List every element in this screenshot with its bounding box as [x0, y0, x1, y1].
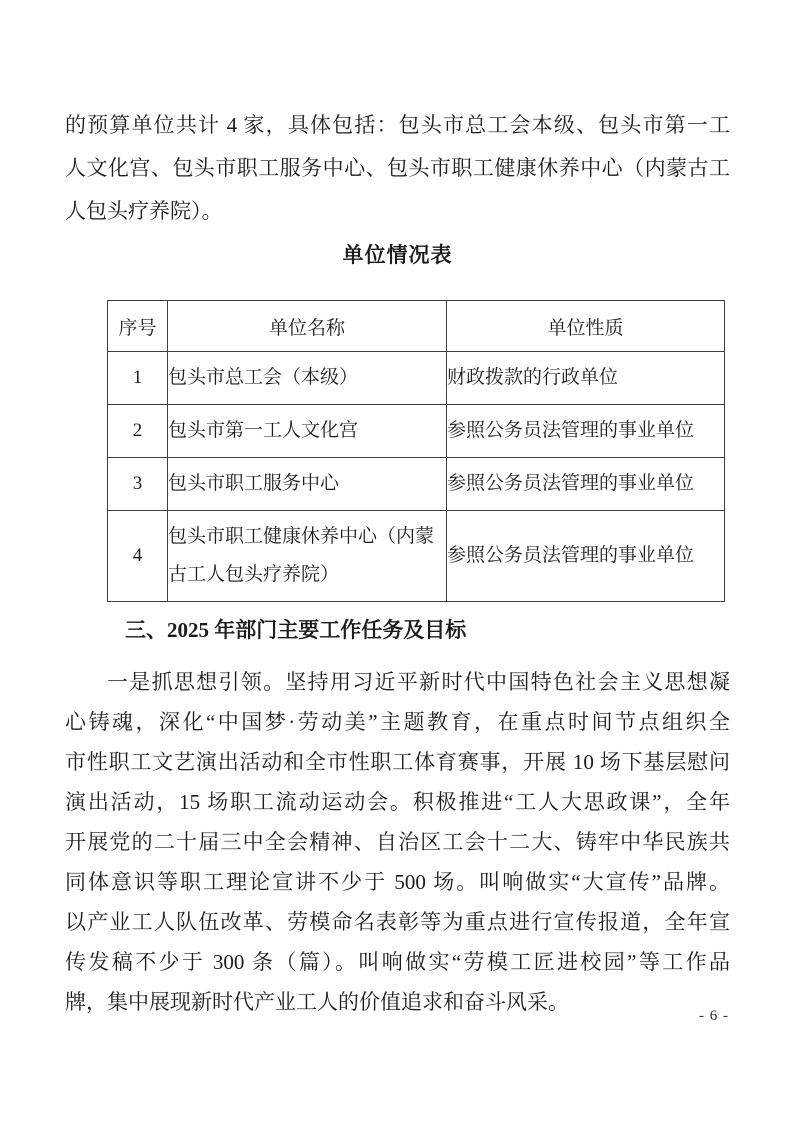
units-table: 序号 单位名称 单位性质 1 包头市总工会（本级） 财政拨款的行政单位 2 包头…	[107, 300, 725, 602]
tasks-paragraph: 一是抓思想引领。坚持用习近平新时代中国特色社会主义思想凝 心铸魂，深化“中国梦·…	[65, 662, 730, 1022]
paragraph-line: 的预算单位共计 4 家，具体包括：包头市总工会本级、包头市第一工	[65, 104, 730, 147]
unit-type: 参照公务员法管理的事业单位	[447, 511, 725, 602]
table-row: 2 包头市第一工人文化宫 参照公务员法管理的事业单位	[108, 405, 725, 458]
unit-name: 包头市总工会（本级）	[168, 352, 447, 405]
paragraph-line: 传发稿不少于 300 条（篇）。叫响做实“劳模工匠进校园”等工作品	[65, 942, 730, 982]
paragraph-line: 心铸魂，深化“中国梦·劳动美”主题教育，在重点时间节点组织全	[65, 702, 730, 742]
row-index: 3	[108, 458, 168, 511]
paragraph-line: 市性职工文艺演出活动和全市性职工体育赛事，开展 10 场下基层慰问	[65, 742, 730, 782]
page-number: - 6 -	[699, 1008, 729, 1025]
table-row: 1 包头市总工会（本级） 财政拨款的行政单位	[108, 352, 725, 405]
section-heading: 三、2025 年部门主要工作任务及目标	[65, 615, 730, 645]
unit-type: 财政拨款的行政单位	[447, 352, 725, 405]
document-page: 的预算单位共计 4 家，具体包括：包头市总工会本级、包头市第一工 人文化宫、包头…	[0, 0, 795, 1123]
unit-name: 包头市第一工人文化宫	[168, 405, 447, 458]
row-index: 1	[108, 352, 168, 405]
paragraph-line: 开展党的二十届三中全会精神、自治区工会十二大、铸牢中华民族共	[65, 822, 730, 862]
row-index: 2	[108, 405, 168, 458]
intro-paragraph: 的预算单位共计 4 家，具体包括：包头市总工会本级、包头市第一工 人文化宫、包头…	[65, 104, 730, 233]
header-cell-index: 序号	[108, 301, 168, 352]
paragraph-line: 同体意识等职工理论宣讲不少于 500 场。叫响做实“大宣传”品牌。	[65, 862, 730, 902]
table-row: 4 包头市职工健康休养中心（内蒙古工人包头疗养院） 参照公务员法管理的事业单位	[108, 511, 725, 602]
table-row: 3 包头市职工服务中心 参照公务员法管理的事业单位	[108, 458, 725, 511]
unit-name: 包头市职工健康休养中心（内蒙古工人包头疗养院）	[168, 511, 447, 602]
paragraph-line: 以产业工人队伍改革、劳模命名表彰等为重点进行宣传报道，全年宣	[65, 902, 730, 942]
paragraph-line: 演出活动，15 场职工流动运动会。积极推进“工人大思政课”，全年	[65, 782, 730, 822]
paragraph-line: 牌，集中展现新时代产业工人的价值追求和奋斗风采。	[65, 982, 730, 1022]
header-cell-name: 单位名称	[168, 301, 447, 352]
unit-type: 参照公务员法管理的事业单位	[447, 405, 725, 458]
paragraph-line: 人文化宫、包头市职工服务中心、包头市职工健康休养中心（内蒙古工	[65, 147, 730, 190]
paragraph-line: 人包头疗养院）。	[65, 190, 730, 233]
unit-type: 参照公务员法管理的事业单位	[447, 458, 725, 511]
header-cell-type: 单位性质	[447, 301, 725, 352]
unit-name: 包头市职工服务中心	[168, 458, 447, 511]
paragraph-line: 一是抓思想引领。坚持用习近平新时代中国特色社会主义思想凝	[65, 662, 730, 702]
row-index: 4	[108, 511, 168, 602]
table-header-row: 序号 单位名称 单位性质	[108, 301, 725, 352]
table-title: 单位情况表	[65, 240, 730, 270]
